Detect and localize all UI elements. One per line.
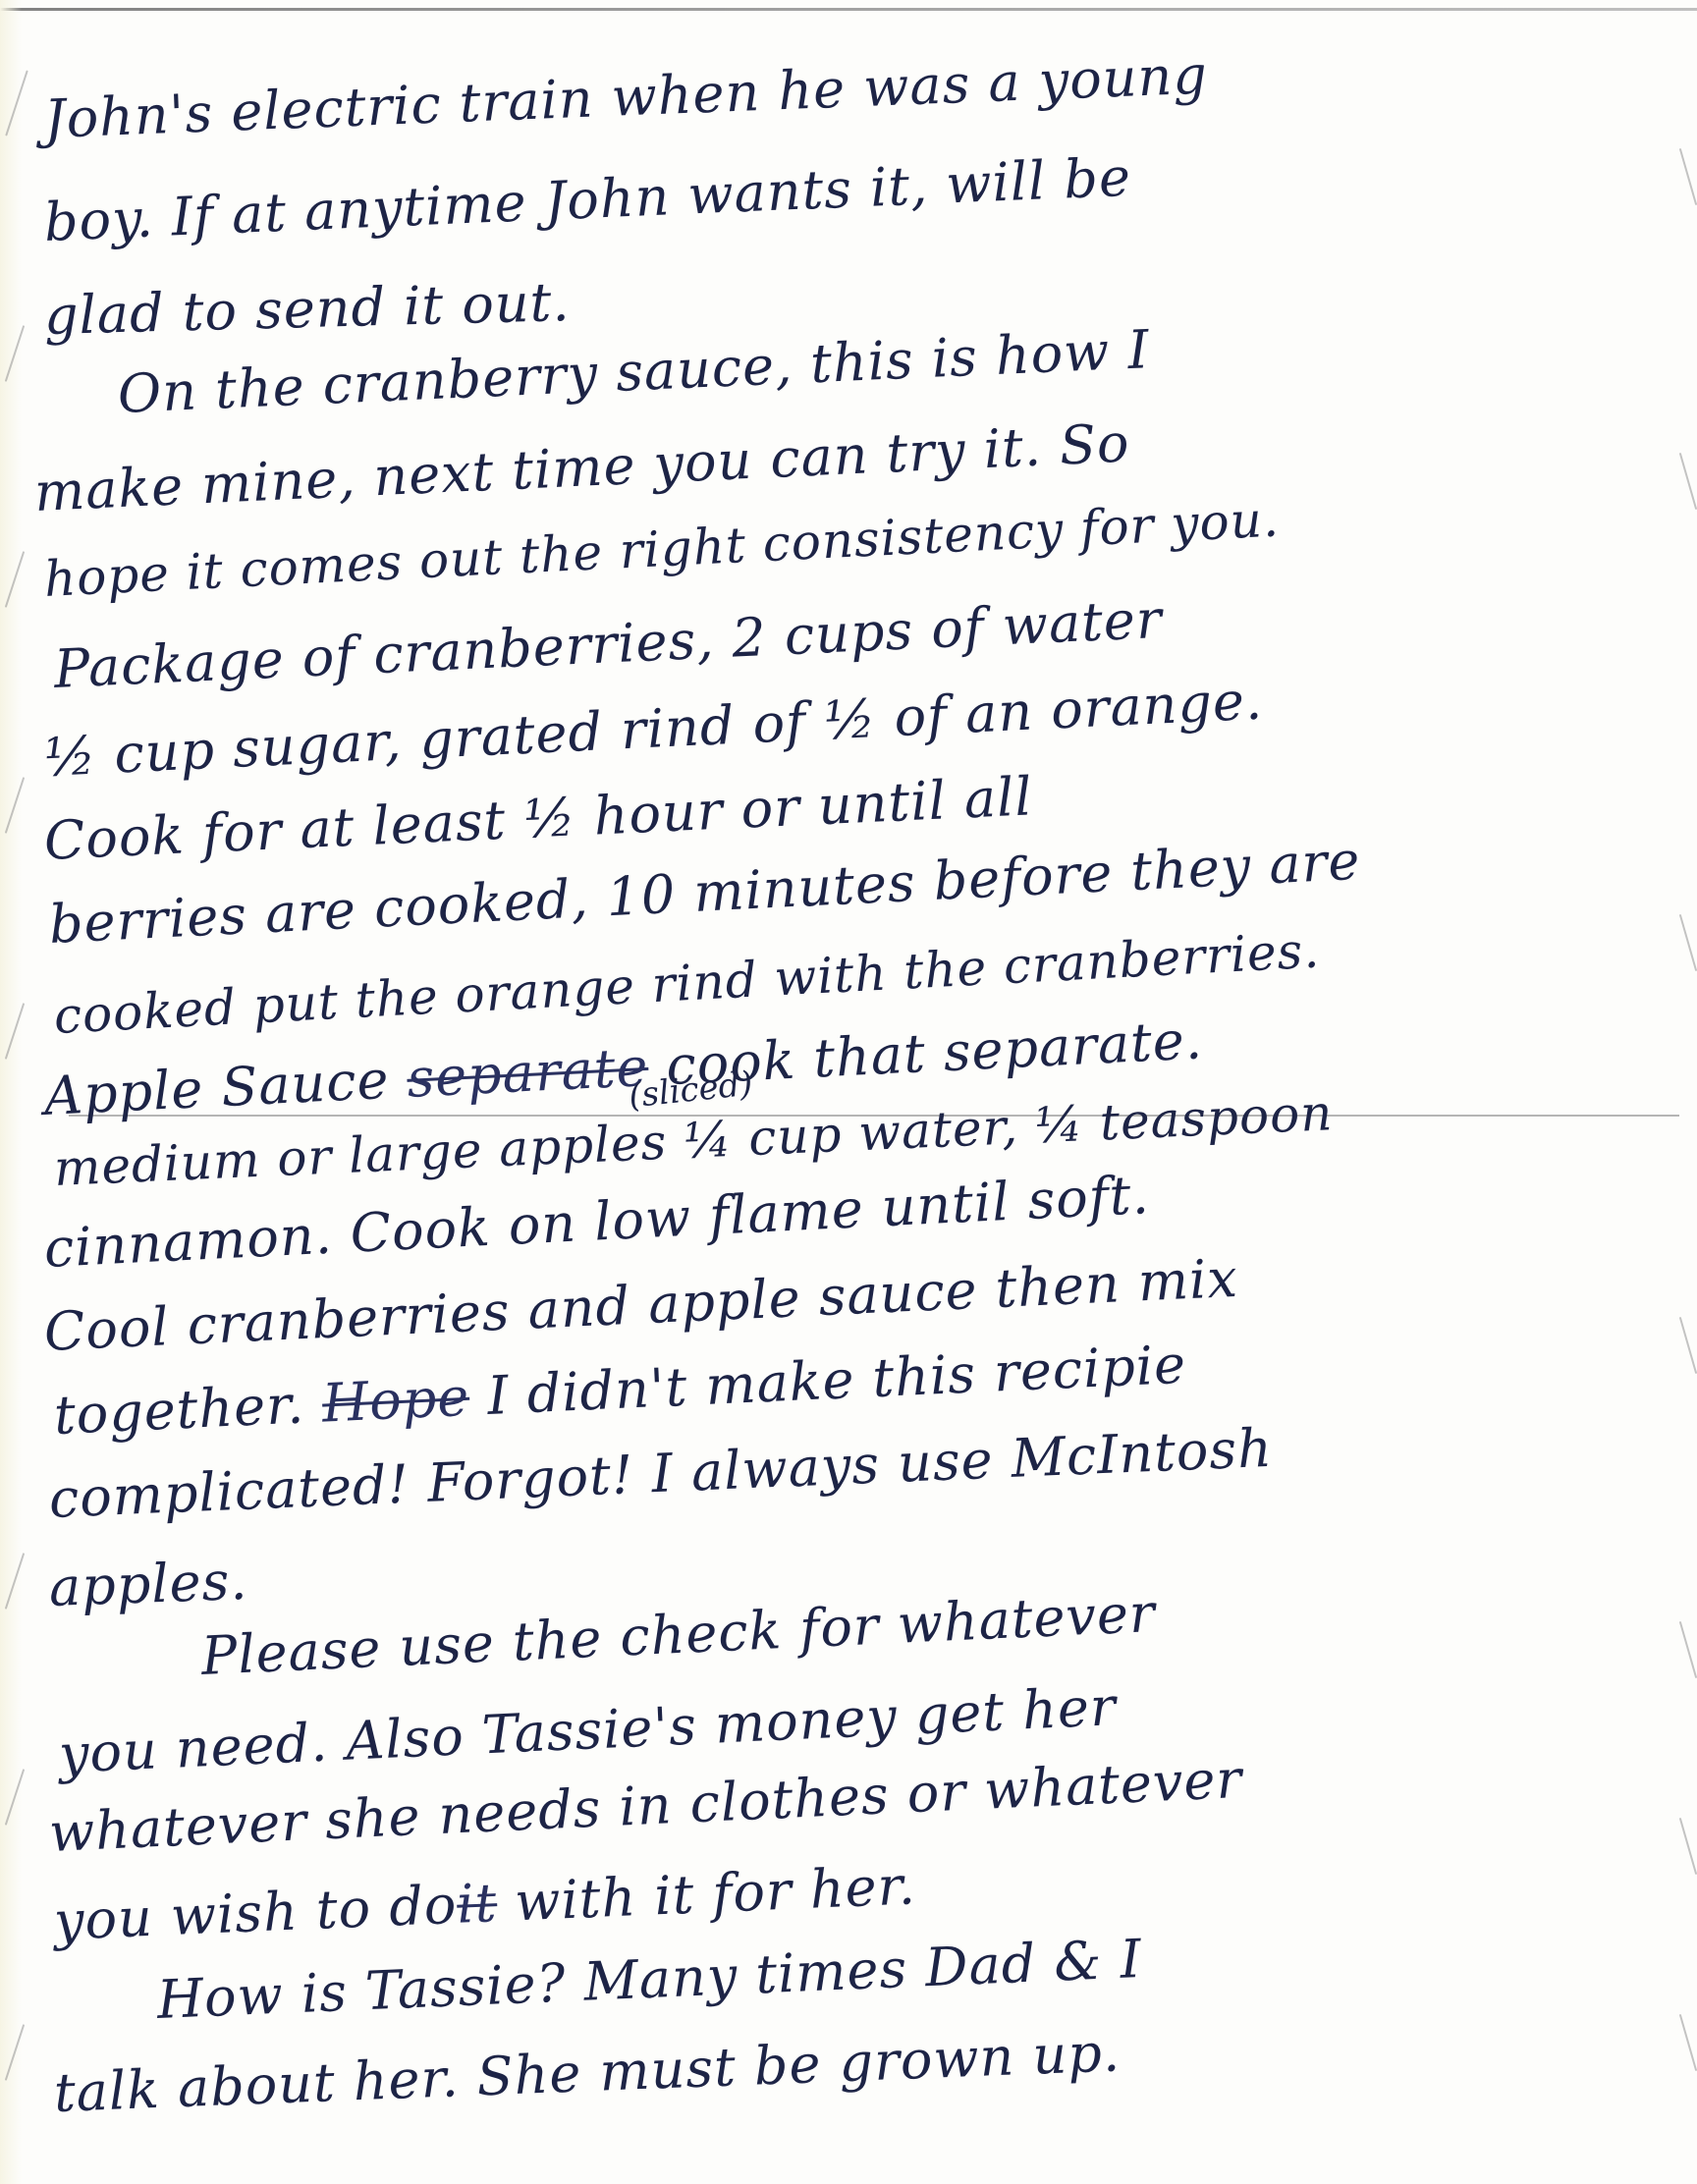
letter-line: John's electric train when he was a youn… bbox=[43, 49, 1209, 146]
letter-line: apples. bbox=[48, 1555, 248, 1614]
strikethrough-word: Hope bbox=[321, 1366, 471, 1435]
letter-line: make mine, next time you can try it. So bbox=[33, 416, 1131, 519]
letter-line: How is Tassie? Many times Dad & I bbox=[156, 1933, 1143, 2027]
with-it-for-her: with it for her. bbox=[514, 1854, 917, 1933]
letter-body: John's electric train when he was a youn… bbox=[0, 0, 1697, 2184]
water-cinnamon-amounts: ¼ cup water, ¼ teaspoon bbox=[683, 1084, 1335, 1170]
recipe-remark: I didn't make this recipie bbox=[486, 1334, 1187, 1427]
medium-or-large: medium or large bbox=[53, 1121, 484, 1197]
strikethrough-word: it bbox=[456, 1872, 499, 1936]
letter-page: John's electric train when he was a youn… bbox=[0, 0, 1697, 2184]
letter-line: glad to send it out. bbox=[43, 276, 571, 343]
wish-to-do: you wish to do bbox=[53, 1874, 459, 1952]
letter-line: talk about her. She must be grown up. bbox=[53, 2026, 1122, 2120]
letter-line: you wish to doit with it for her. bbox=[53, 1859, 917, 1948]
apple-sauce-heading: Apple Sauce bbox=[42, 1049, 390, 1127]
apples-word: apples bbox=[498, 1114, 668, 1177]
letter-line: boy. If at anytime John wants it, will b… bbox=[43, 151, 1132, 249]
strikethrough-word: separate bbox=[406, 1036, 650, 1110]
letter-line: Please use the check for whatever bbox=[200, 1587, 1157, 1683]
together-word: together. bbox=[53, 1373, 306, 1447]
